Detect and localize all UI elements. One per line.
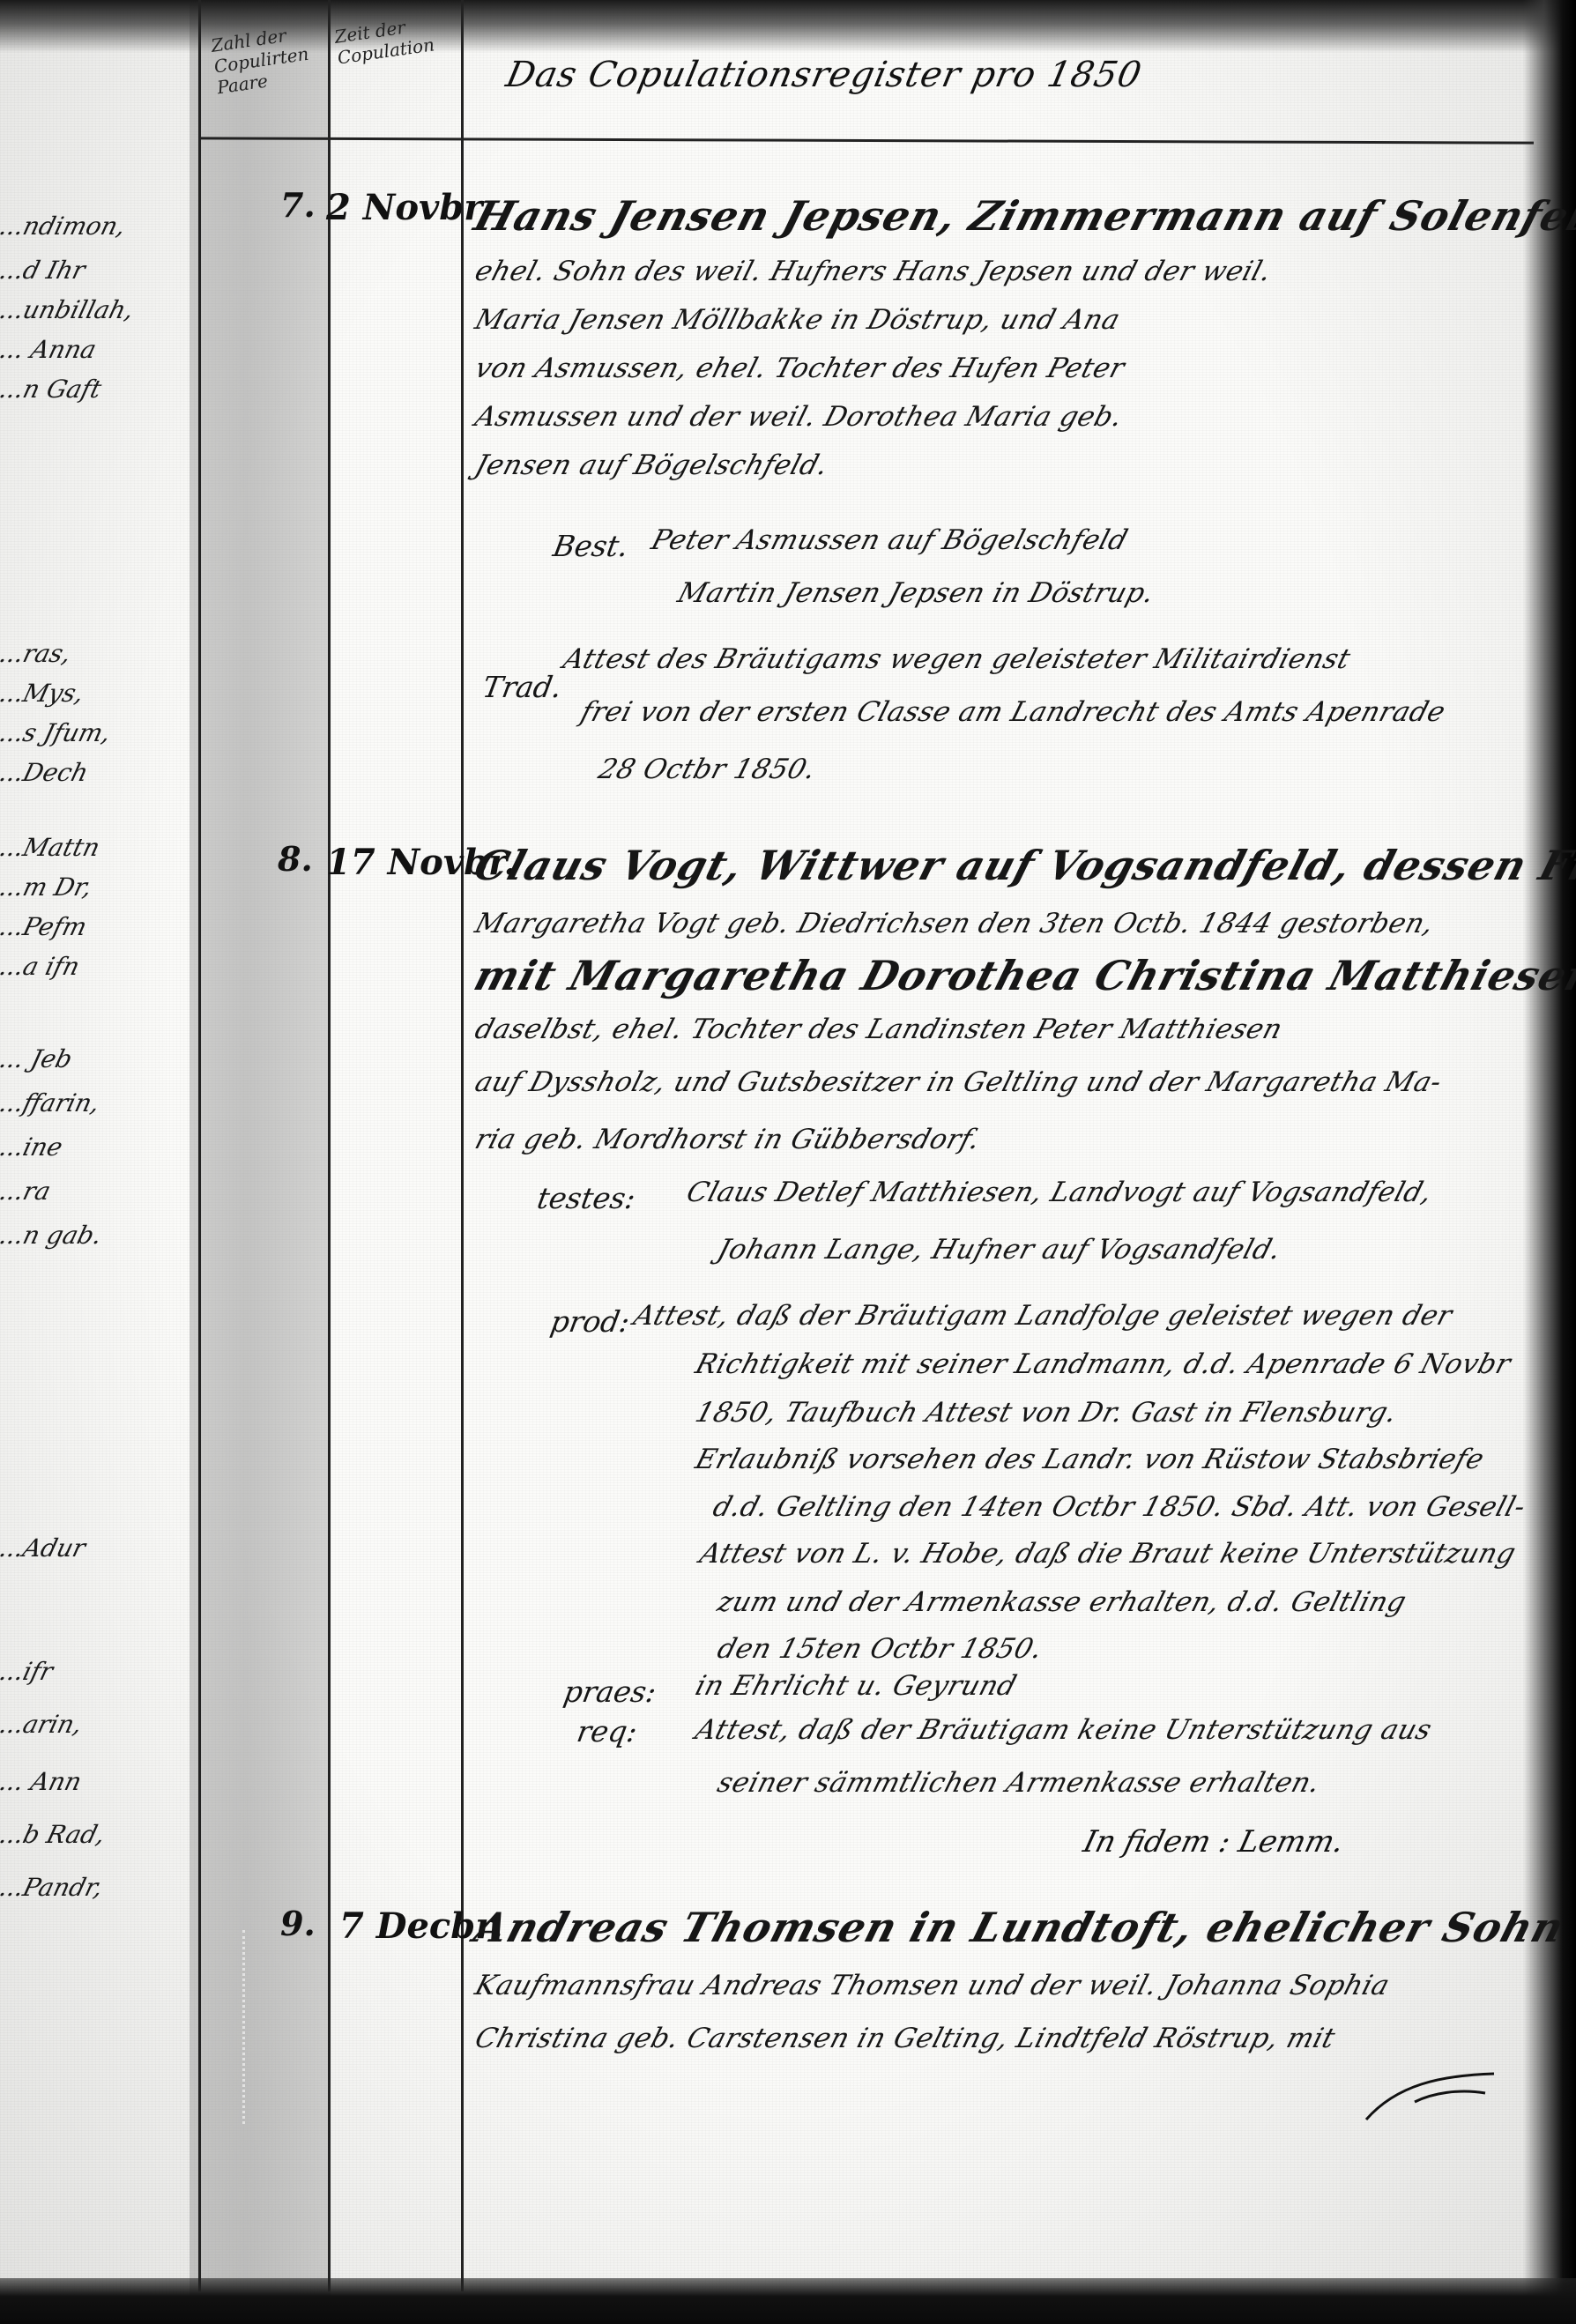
entry-line: Andreas Thomsen in Lundtoft, ehelicher S… [469, 1904, 1576, 1951]
left-fragment: ...s Jfum, [0, 718, 114, 747]
left-fragment: ...n Gaft [0, 375, 104, 404]
scan-bottom-edge [0, 2278, 1576, 2324]
produced-line: Richtigkeit mit seiner Landmann, d.d. Ap… [692, 1348, 1514, 1380]
left-fragment: ...ine [0, 1132, 65, 1162]
produced-label: prod: [548, 1304, 633, 1339]
produced-line: 1850, Taufbuch Attest von Dr. Gast in Fl… [692, 1397, 1401, 1429]
requisite-line: Attest, daß der Bräutigam keine Unterstü… [692, 1714, 1436, 1746]
entry-line: Margaretha Vogt geb. Diedrichsen den 3te… [472, 908, 1438, 939]
page-title: Das Copulationsregister pro 1850 [502, 55, 1145, 95]
entry-line: ria geb. Mordhorst in Gübbersdorf. [472, 1124, 985, 1155]
praes-line: in Ehrlicht u. Geyrund [692, 1670, 1021, 1702]
column-rule-number [328, 0, 331, 2291]
produced-line: Attest, daß der Bräutigam Landfolge gele… [630, 1300, 1456, 1332]
header-number-column: Zahl der Copulirten Paare [210, 22, 313, 98]
witness-line: Martin Jensen Jepsen in Döstrup. [674, 577, 1158, 609]
tradition-line: frei von der ersten Classe am Landrecht … [577, 696, 1449, 728]
tradition-line: 28 Octbr 1850. [595, 754, 820, 785]
left-fragment: ...m Dr, [0, 872, 95, 902]
entry-line: Asmussen und der weil. Dorothea Maria ge… [472, 401, 1126, 433]
left-fragment: ...d Ihr [0, 256, 88, 285]
produced-line: den 15ten Octbr 1850. [714, 1633, 1046, 1665]
left-fragment: ...ra [0, 1177, 54, 1206]
pen-flourish-icon [1362, 2067, 1503, 2128]
witness-line: Peter Asmussen auf Bögelschfeld [648, 524, 1132, 556]
tradition-label: Trad. [480, 670, 565, 704]
faded-stamp-mark [242, 1930, 307, 2124]
entry-line: Maria Jensen Möllbakke in Döstrup, und A… [472, 304, 1124, 336]
left-fragment: ...arin, [0, 1710, 85, 1739]
produced-line: zum und der Armenkasse erhalten, d.d. Ge… [714, 1586, 1410, 1618]
left-fragment: ...Mys, [0, 679, 87, 708]
left-fragment: ...ras, [0, 639, 74, 668]
entry-line: Hans Jensen Jepsen, Zimmermann auf Solen… [469, 192, 1576, 240]
testes-line: Johann Lange, Hufner auf Vogsandfeld. [714, 1234, 1285, 1266]
left-fragment: ...Adur [0, 1533, 88, 1563]
produced-line: d.d. Geltling den 14ten Octbr 1850. Sbd.… [710, 1491, 1529, 1523]
column-rule-date [461, 0, 464, 2291]
entry-line: von Asmussen, ehel. Tochter des Hufen Pe… [472, 353, 1128, 384]
left-fragment: ...unbillah, [0, 295, 137, 324]
entry-line: Claus Vogt, Wittwer auf Vogsandfeld, des… [469, 842, 1576, 889]
testes-label: testes: [535, 1181, 638, 1215]
produced-line: Attest von L. v. Hobe, daß die Braut kei… [696, 1538, 1520, 1570]
left-page-fragments: ...ndimon, ...d Ihr ...unbillah, ... Ann… [0, 176, 190, 2115]
entry-line: Christina geb. Carstensen in Gelting, Li… [472, 2023, 1339, 2054]
entry-line: daselbst, ehel. Tochter des Landinsten P… [472, 1014, 1286, 1045]
entry-line: Kaufmannsfrau Andreas Thomsen und der we… [472, 1970, 1394, 2001]
pastor-signature: In fidem : Lemm. [1080, 1824, 1348, 1860]
testes-line: Claus Detlef Matthiesen, Landvogt auf Vo… [683, 1177, 1436, 1208]
left-fragment: ... Jeb [0, 1044, 75, 1073]
left-fragment: ...ifr [0, 1657, 56, 1686]
entry-line: auf Dyssholz, und Gutsbesitzer in Geltli… [472, 1066, 1446, 1098]
requisite-line: seiner sämmtlichen Armenkasse erhalten. [714, 1767, 1324, 1799]
produced-line: Erlaubniß vorsehen des Landr. von Rüstow… [692, 1444, 1488, 1475]
entry-line: mit Margaretha Dorothea Christina Matthi… [469, 952, 1576, 999]
left-fragment: ... Ann [0, 1767, 85, 1796]
entry-line: Jensen auf Bögelschfeld. [472, 449, 832, 481]
scan-right-edge [1523, 0, 1576, 2324]
entry-line: ehel. Sohn des weil. Hufners Hans Jepsen… [472, 256, 1275, 287]
left-fragment: ...Dech [0, 758, 92, 787]
left-fragment: ... Anna [0, 335, 100, 364]
left-fragment: ...Pefm [0, 912, 90, 941]
entry-date: 2 Novbr. [326, 187, 492, 228]
left-fragment: ...b Rad, [0, 1820, 108, 1849]
left-fragment: ...n gab. [0, 1221, 105, 1250]
tradition-line: Attest des Bräutigams wegen geleisteter … [560, 643, 1355, 675]
left-fragment: ...ffarin, [0, 1088, 103, 1117]
requisite-label: req: [575, 1714, 640, 1749]
column-rule-left [198, 0, 201, 2291]
left-fragment: ...a ifn [0, 952, 83, 981]
left-fragment: ...Mattn [0, 833, 103, 862]
entry-number: 8. [278, 839, 313, 879]
left-fragment: ...Pandr, [0, 1873, 106, 1902]
left-fragment: ...ndimon, [0, 212, 129, 241]
witnesses-label: Best. [551, 529, 631, 563]
entry-number: 7. [280, 185, 316, 225]
praes-label: praes: [561, 1674, 659, 1709]
